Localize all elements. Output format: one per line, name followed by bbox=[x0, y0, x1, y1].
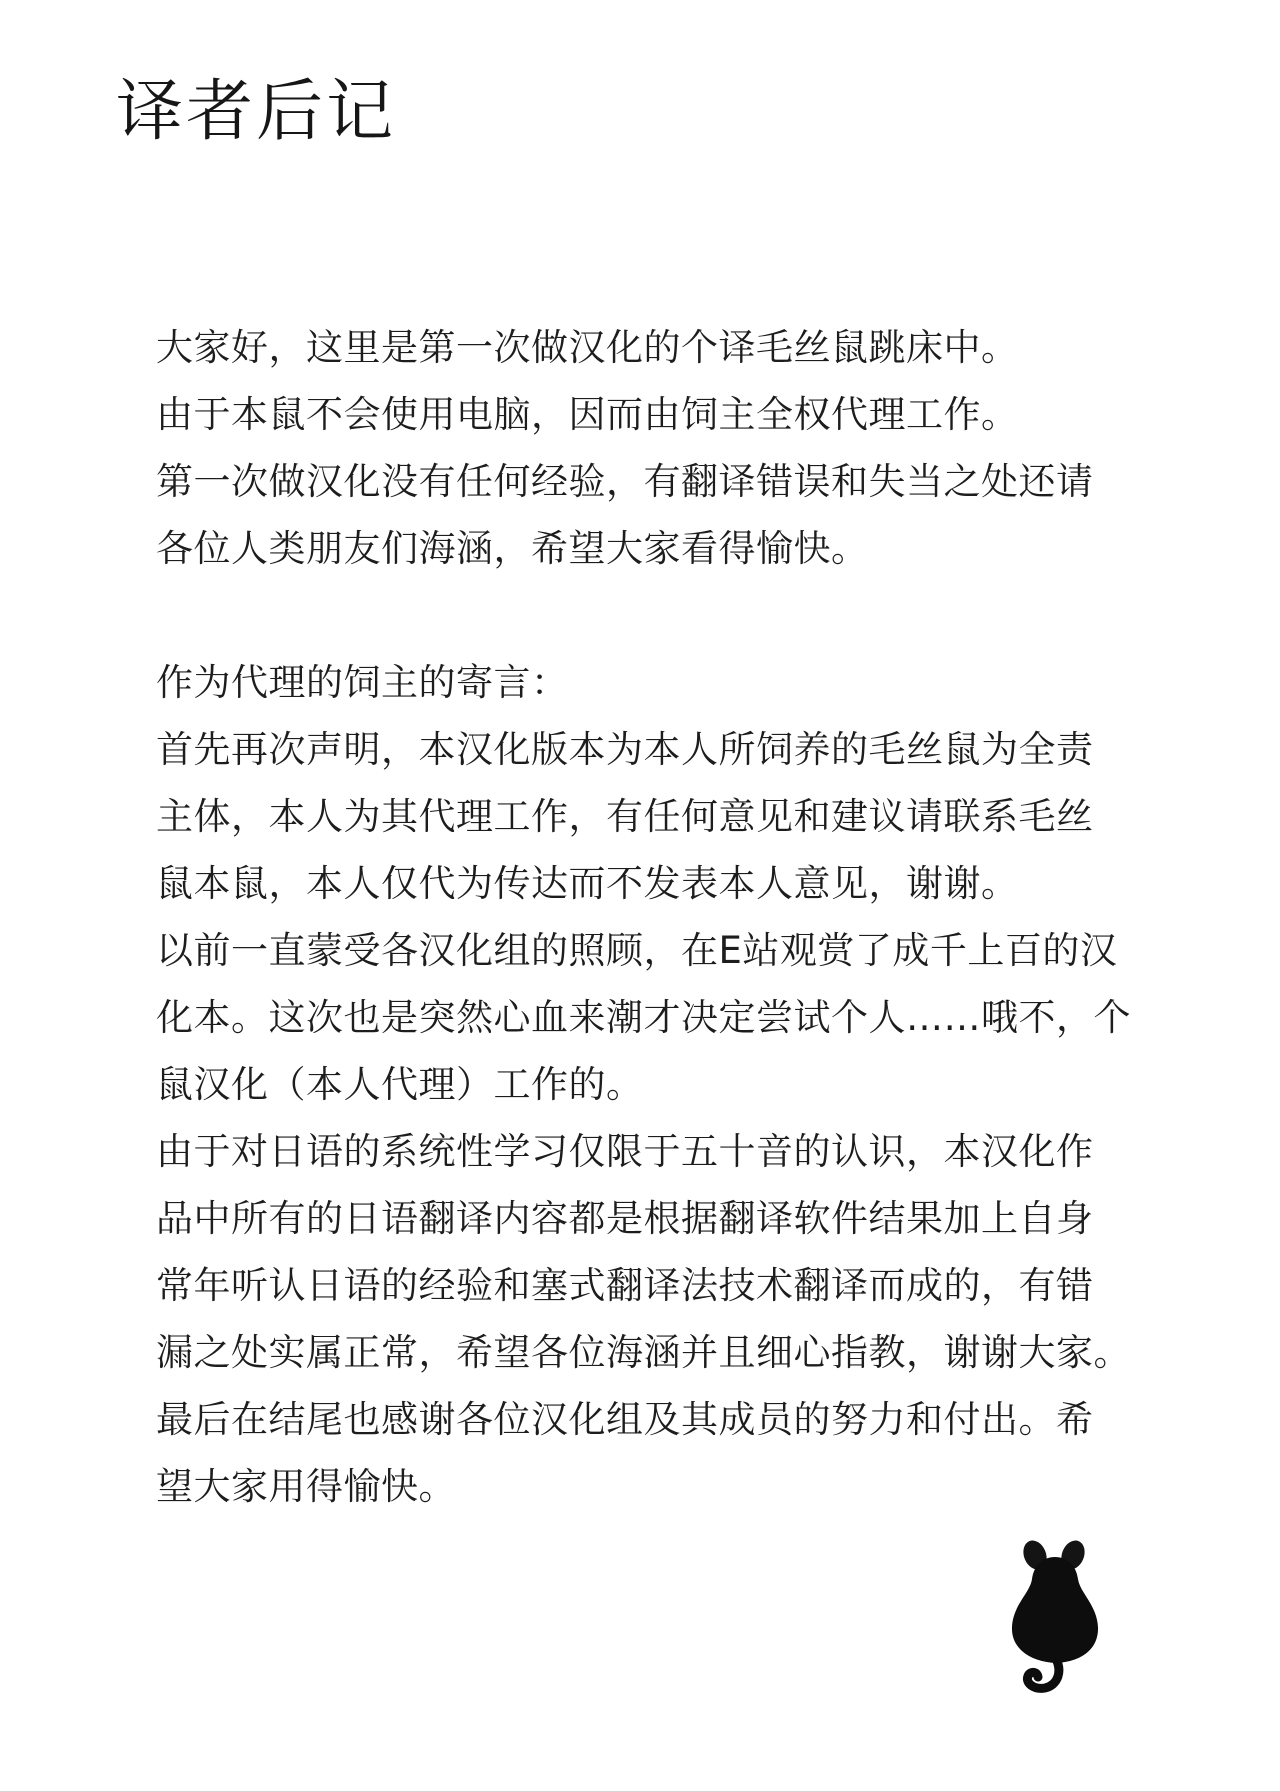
text-line: 由于对日语的系统性学习仅限于五十音的认识，本汉化作 bbox=[156, 1118, 1086, 1185]
text-line: 鼠本鼠，本人仅代为传达而不发表本人意见，谢谢。 bbox=[156, 850, 1086, 917]
mouse-body bbox=[1012, 1557, 1098, 1663]
text-line: 最后在结尾也感谢各位汉化组及其成员的努力和付出。希 bbox=[156, 1386, 1086, 1453]
text-line: 化本。这次也是突然心血来潮才决定尝试个人……哦不，个 bbox=[156, 984, 1086, 1051]
text-line: 作为代理的饲主的寄言： bbox=[156, 649, 1086, 716]
paragraph: 大家好，这里是第一次做汉化的个译毛丝鼠跳床中。由于本鼠不会使用电脑，因而由饲主全… bbox=[156, 314, 1086, 582]
text-line: 以前一直蒙受各汉化组的照顾，在E站观赏了成千上百的汉 bbox=[156, 917, 1086, 984]
text-line: 鼠汉化（本人代理）工作的。 bbox=[156, 1051, 1086, 1118]
text-line: 首先再次声明，本汉化版本为本人所饲养的毛丝鼠为全责 bbox=[156, 716, 1086, 783]
paragraph: 作为代理的饲主的寄言：首先再次声明，本汉化版本为本人所饲养的毛丝鼠为全责主体，本… bbox=[156, 649, 1086, 1520]
text-line: 大家好，这里是第一次做汉化的个译毛丝鼠跳床中。 bbox=[156, 314, 1086, 381]
text-line: 望大家用得愉快。 bbox=[156, 1453, 1086, 1520]
chinchilla-mouse-icon bbox=[1005, 1532, 1105, 1694]
text-line: 第一次做汉化没有任何经验，有翻译错误和失当之处还请 bbox=[156, 448, 1086, 515]
text-line: 品中所有的日语翻译内容都是根据翻译软件结果加上自身 bbox=[156, 1185, 1086, 1252]
page-title: 译者后记 bbox=[116, 58, 396, 154]
text-line: 各位人类朋友们海涵，希望大家看得愉快。 bbox=[156, 515, 1086, 582]
afterword-page: 译者后记 大家好，这里是第一次做汉化的个译毛丝鼠跳床中。由于本鼠不会使用电脑，因… bbox=[0, 0, 1280, 1791]
text-line: 常年听认日语的经验和塞式翻译法技术翻译而成的，有错 bbox=[156, 1252, 1086, 1319]
afterword-body: 大家好，这里是第一次做汉化的个译毛丝鼠跳床中。由于本鼠不会使用电脑，因而由饲主全… bbox=[156, 314, 1086, 1520]
text-line: 漏之处实属正常，希望各位海涵并且细心指教，谢谢大家。 bbox=[156, 1319, 1086, 1386]
text-line: 由于本鼠不会使用电脑，因而由饲主全权代理工作。 bbox=[156, 381, 1086, 448]
text-line: 主体，本人为其代理工作，有任何意见和建议请联系毛丝 bbox=[156, 783, 1086, 850]
